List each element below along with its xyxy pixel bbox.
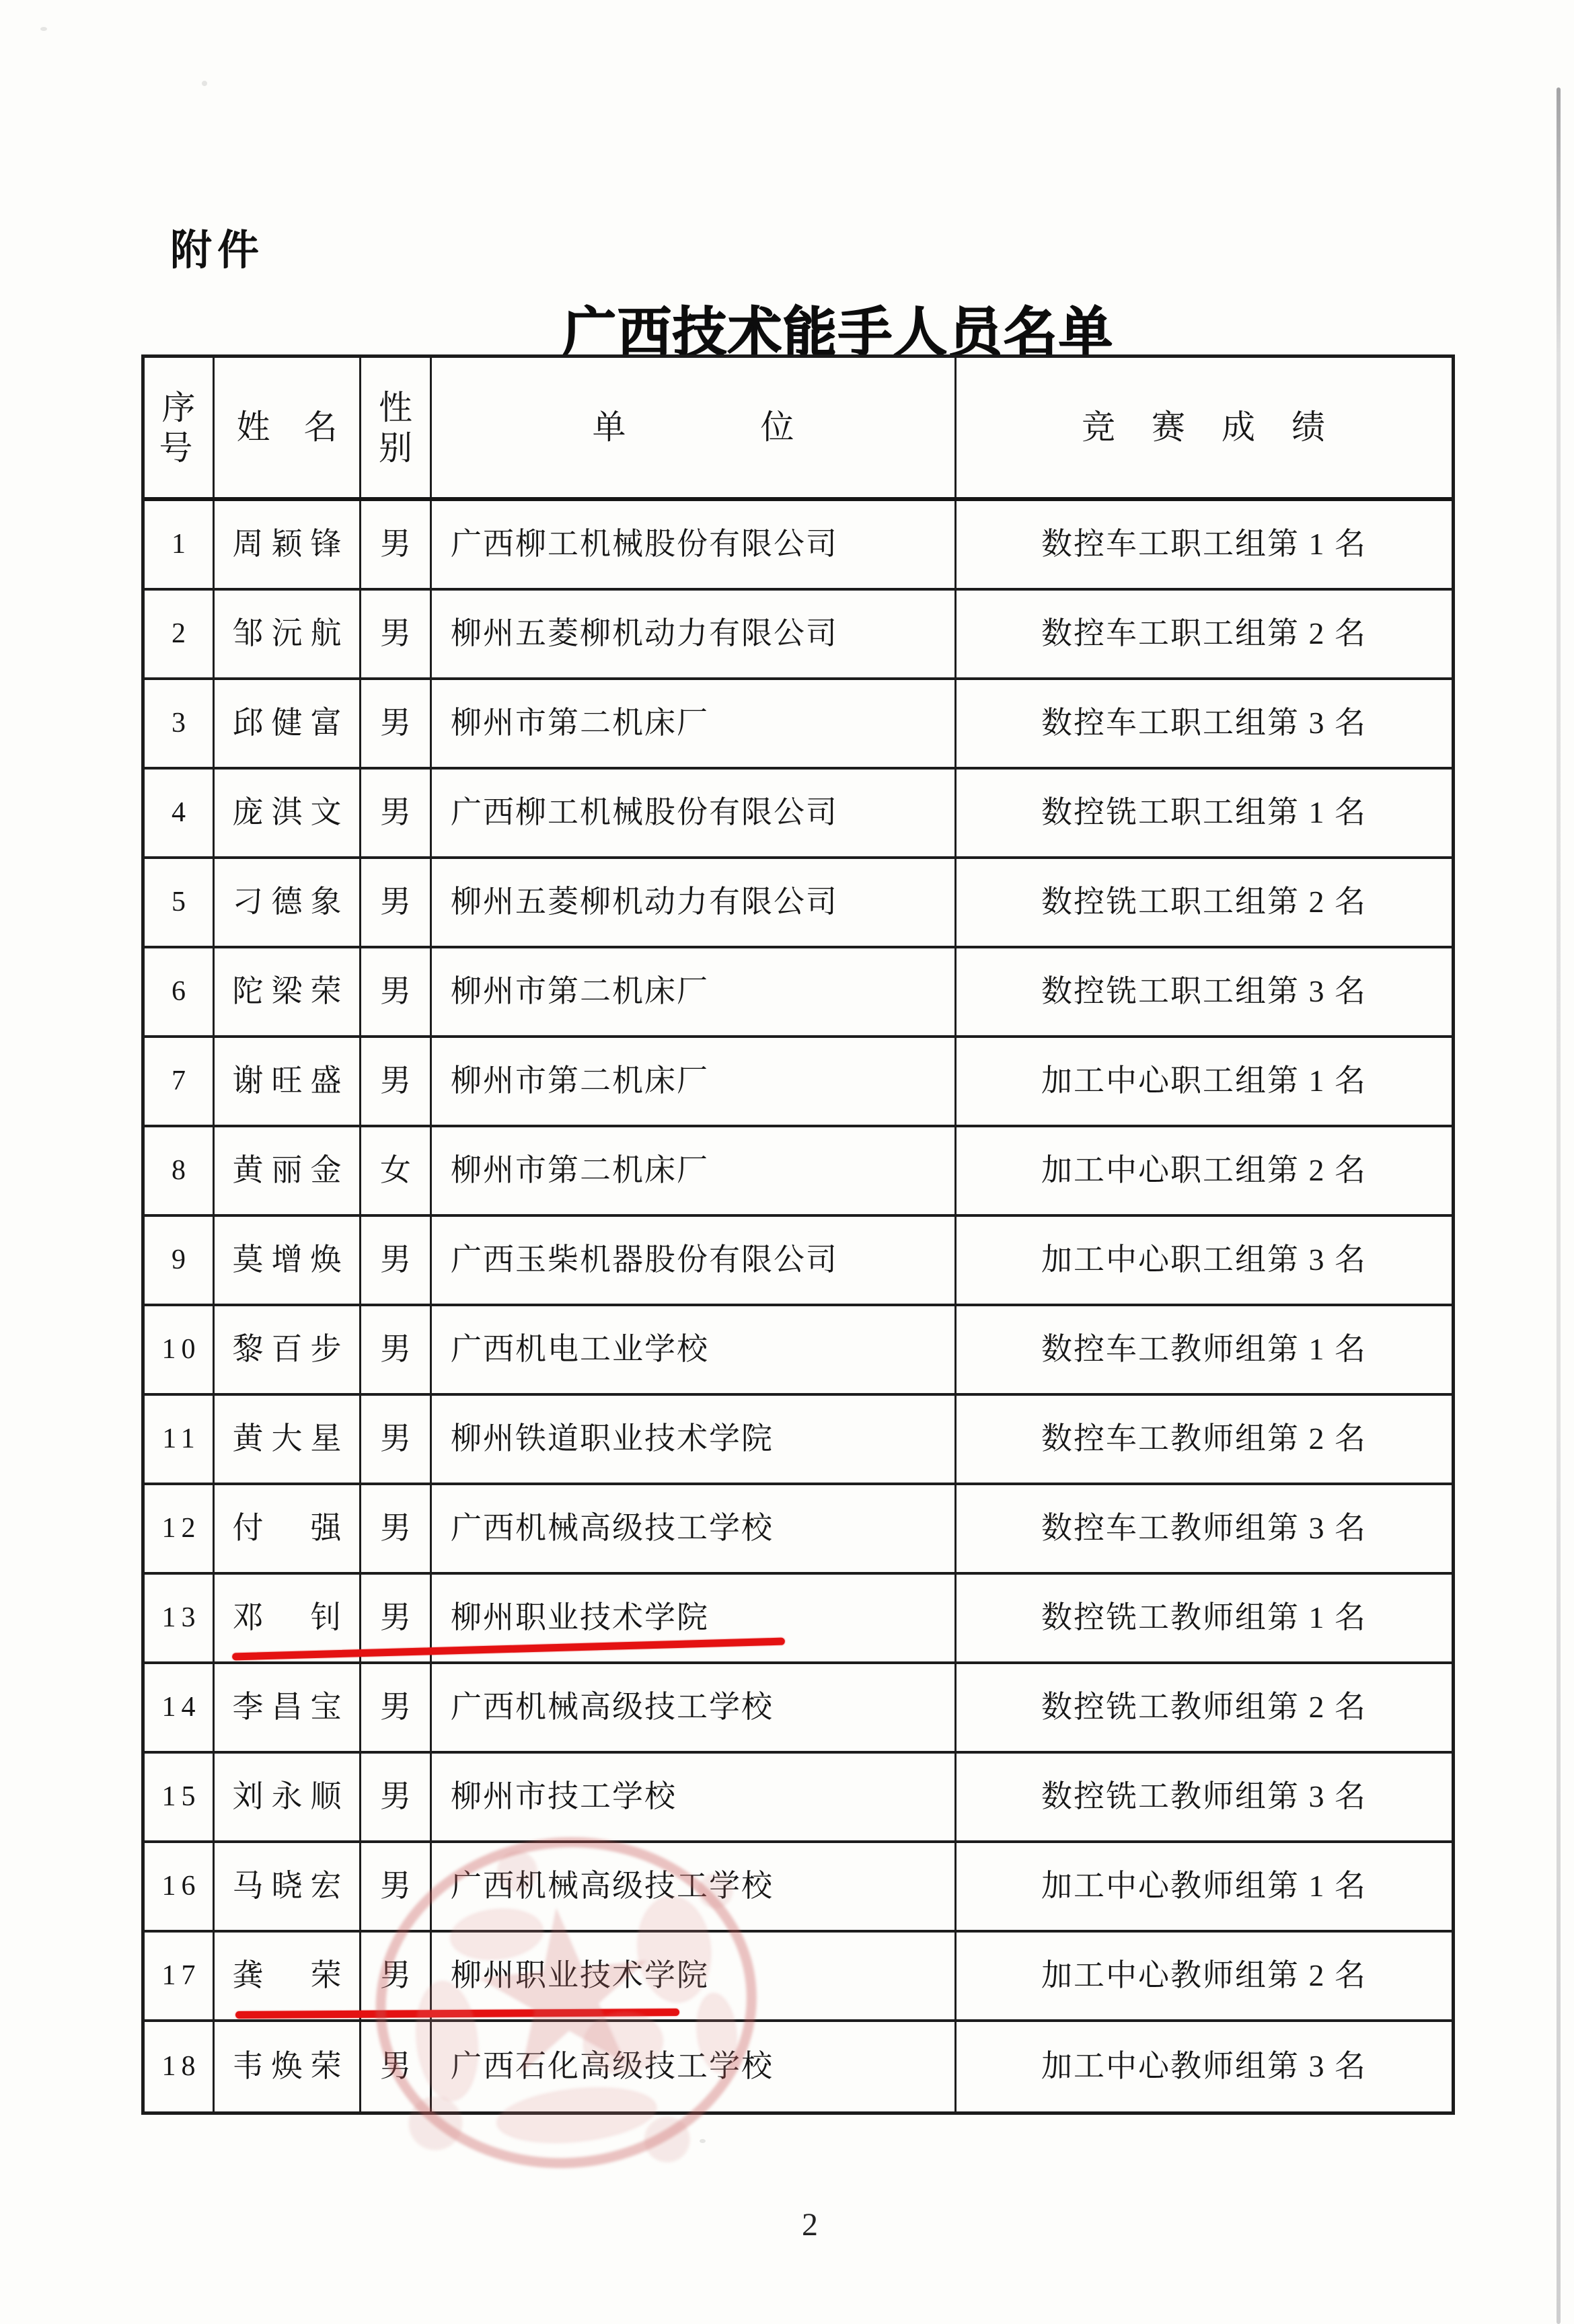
row-name: 黎百步 (215, 1306, 361, 1393)
table-row: 18 韦焕荣 男 广西石化高级技工学校 加工中心教师组第 3 名 (145, 2022, 1452, 2111)
row-name: 马晓宏 (215, 1843, 361, 1930)
row-no: 18 (145, 2022, 215, 2111)
row-no: 5 (145, 859, 215, 946)
row-unit: 广西机械高级技工学校 (432, 1843, 957, 1930)
row-name: 韦焕荣 (215, 2022, 361, 2111)
header-unit-label: 单 位 (593, 408, 794, 447)
row-result: 加工中心职工组第 3 名 (957, 1217, 1452, 1304)
row-result: 数控车工教师组第 1 名 (957, 1306, 1452, 1393)
row-name: 邹沅航 (215, 591, 361, 677)
row-no: 12 (145, 1485, 215, 1572)
table-header-row: 序 号 姓 名 性 别 单 位 竞 赛 成 绩 (145, 358, 1452, 501)
row-unit: 柳州职业技术学院 (432, 1933, 957, 2019)
row-result: 加工中心教师组第 1 名 (957, 1843, 1452, 1930)
row-result: 加工中心教师组第 3 名 (957, 2022, 1452, 2111)
row-result: 加工中心职工组第 2 名 (957, 1127, 1452, 1214)
row-gender: 男 (361, 1843, 432, 1930)
row-unit: 柳州市第二机床厂 (432, 948, 957, 1035)
row-gender: 男 (361, 2022, 432, 2111)
row-result: 数控车工职工组第 3 名 (957, 680, 1452, 767)
row-gender: 男 (361, 1306, 432, 1393)
row-no: 17 (145, 1933, 215, 2019)
row-unit: 广西石化高级技工学校 (432, 2022, 957, 2111)
row-gender: 男 (361, 591, 432, 677)
row-gender: 男 (361, 1217, 432, 1304)
row-gender: 男 (361, 501, 432, 588)
row-no: 2 (145, 591, 215, 677)
table-row: 12 付 强 男 广西机械高级技工学校 数控车工教师组第 3 名 (145, 1485, 1452, 1575)
header-gender: 性 别 (361, 358, 432, 497)
scan-noise-speck (700, 2139, 706, 2143)
scan-noise-speck (40, 27, 47, 31)
row-result: 数控铣工教师组第 1 名 (957, 1575, 1452, 1661)
header-gender-label: 性 别 (379, 387, 412, 468)
row-no: 10 (145, 1306, 215, 1393)
row-result: 数控铣工职工组第 3 名 (957, 948, 1452, 1035)
row-no: 6 (145, 948, 215, 1035)
table-row: 2 邹沅航 男 柳州五菱柳机动力有限公司 数控车工职工组第 2 名 (145, 591, 1452, 680)
row-unit: 广西机械高级技工学校 (432, 1485, 957, 1572)
table-row: 15 刘永顺 男 柳州市技工学校 数控铣工教师组第 3 名 (145, 1754, 1452, 1843)
row-gender: 男 (361, 948, 432, 1035)
row-name: 刘永顺 (215, 1754, 361, 1840)
row-no: 14 (145, 1664, 215, 1751)
row-unit: 柳州市第二机床厂 (432, 680, 957, 767)
row-no: 7 (145, 1038, 215, 1125)
header-name: 姓 名 (215, 358, 361, 497)
row-gender: 男 (361, 1933, 432, 2019)
row-name: 刁德象 (215, 859, 361, 946)
row-name: 付 强 (215, 1485, 361, 1572)
row-name: 龚 荣 (215, 1933, 361, 2019)
row-result: 加工中心职工组第 1 名 (957, 1038, 1452, 1125)
page-number: 2 (802, 2206, 818, 2243)
row-result: 数控铣工职工组第 2 名 (957, 859, 1452, 946)
row-unit: 广西柳工机械股份有限公司 (432, 501, 957, 588)
table-row: 4 庞淇文 男 广西柳工机械股份有限公司 数控铣工职工组第 1 名 (145, 770, 1452, 859)
scanned-document-page: 附件 广西技术能手人员名单 序 号 姓 名 性 别 单 位 竞 赛 成 绩 1 … (0, 0, 1574, 2324)
row-unit: 柳州市第二机床厂 (432, 1038, 957, 1125)
row-no: 3 (145, 680, 215, 767)
row-gender: 男 (361, 1038, 432, 1125)
row-no: 8 (145, 1127, 215, 1214)
row-name: 邱健富 (215, 680, 361, 767)
row-no: 9 (145, 1217, 215, 1304)
row-result: 加工中心教师组第 2 名 (957, 1933, 1452, 2019)
table-row: 16 马晓宏 男 广西机械高级技工学校 加工中心教师组第 1 名 (145, 1843, 1452, 1933)
row-result: 数控车工职工组第 2 名 (957, 591, 1452, 677)
row-no: 1 (145, 501, 215, 588)
table-row: 14 李昌宝 男 广西机械高级技工学校 数控铣工教师组第 2 名 (145, 1664, 1452, 1754)
table-row: 3 邱健富 男 柳州市第二机床厂 数控车工职工组第 3 名 (145, 680, 1452, 770)
row-result: 数控车工教师组第 2 名 (957, 1396, 1452, 1483)
row-no: 15 (145, 1754, 215, 1840)
header-unit: 单 位 (432, 358, 957, 497)
header-result: 竞 赛 成 绩 (957, 358, 1452, 497)
row-name: 邓 钊 (215, 1575, 361, 1661)
table-row: 7 谢旺盛 男 柳州市第二机床厂 加工中心职工组第 1 名 (145, 1038, 1452, 1127)
row-unit: 广西机械高级技工学校 (432, 1664, 957, 1751)
row-no: 13 (145, 1575, 215, 1661)
row-result: 数控铣工教师组第 3 名 (957, 1754, 1452, 1840)
row-name: 谢旺盛 (215, 1038, 361, 1125)
row-name: 李昌宝 (215, 1664, 361, 1751)
row-unit: 广西机电工业学校 (432, 1306, 957, 1393)
row-gender: 男 (361, 1485, 432, 1572)
table-row: 5 刁德象 男 柳州五菱柳机动力有限公司 数控铣工职工组第 2 名 (145, 859, 1452, 948)
row-name: 莫增焕 (215, 1217, 361, 1304)
row-gender: 男 (361, 680, 432, 767)
header-no: 序 号 (145, 358, 215, 497)
row-unit: 广西柳工机械股份有限公司 (432, 770, 957, 856)
row-result: 数控铣工教师组第 2 名 (957, 1664, 1452, 1751)
roster-table: 序 号 姓 名 性 别 单 位 竞 赛 成 绩 1 周颖锋 男 广西柳工机械股份… (141, 354, 1455, 2115)
attachment-label: 附件 (170, 217, 264, 276)
row-gender: 男 (361, 770, 432, 856)
row-name: 陀梁荣 (215, 948, 361, 1035)
table-row: 11 黄大星 男 柳州铁道职业技术学院 数控车工教师组第 2 名 (145, 1396, 1452, 1485)
table-row: 1 周颖锋 男 广西柳工机械股份有限公司 数控车工职工组第 1 名 (145, 501, 1452, 591)
row-name: 周颖锋 (215, 501, 361, 588)
table-row: 6 陀梁荣 男 柳州市第二机床厂 数控铣工职工组第 3 名 (145, 948, 1452, 1038)
row-name: 黄大星 (215, 1396, 361, 1483)
row-gender: 男 (361, 859, 432, 946)
row-name: 庞淇文 (215, 770, 361, 856)
row-gender: 男 (361, 1396, 432, 1483)
row-unit: 柳州铁道职业技术学院 (432, 1396, 957, 1483)
table-row: 8 黄丽金 女 柳州市第二机床厂 加工中心职工组第 2 名 (145, 1127, 1452, 1217)
header-result-label: 竞 赛 成 绩 (1082, 408, 1326, 447)
table-row: 10 黎百步 男 广西机电工业学校 数控车工教师组第 1 名 (145, 1306, 1452, 1396)
row-gender: 男 (361, 1754, 432, 1840)
scan-edge-streak (1557, 87, 1561, 2324)
table-body: 1 周颖锋 男 广西柳工机械股份有限公司 数控车工职工组第 1 名 2 邹沅航 … (145, 501, 1452, 2111)
row-result: 数控车工教师组第 3 名 (957, 1485, 1452, 1572)
row-gender: 男 (361, 1664, 432, 1751)
row-result: 数控车工职工组第 1 名 (957, 501, 1452, 588)
row-unit: 柳州市技工学校 (432, 1754, 957, 1840)
row-no: 16 (145, 1843, 215, 1930)
row-unit: 柳州五菱柳机动力有限公司 (432, 591, 957, 677)
row-unit: 柳州市第二机床厂 (432, 1127, 957, 1214)
row-gender: 女 (361, 1127, 432, 1214)
row-result: 数控铣工职工组第 1 名 (957, 770, 1452, 856)
header-name-label: 姓 名 (237, 408, 338, 447)
table-row: 17 龚 荣 男 柳州职业技术学院 加工中心教师组第 2 名 (145, 1933, 1452, 2022)
row-unit: 广西玉柴机器股份有限公司 (432, 1217, 957, 1304)
row-unit: 柳州五菱柳机动力有限公司 (432, 859, 957, 946)
row-no: 11 (145, 1396, 215, 1483)
table-row: 9 莫增焕 男 广西玉柴机器股份有限公司 加工中心职工组第 3 名 (145, 1217, 1452, 1306)
scan-noise-speck (202, 81, 207, 86)
header-no-label: 序 号 (157, 387, 201, 468)
row-no: 4 (145, 770, 215, 856)
row-name: 黄丽金 (215, 1127, 361, 1214)
